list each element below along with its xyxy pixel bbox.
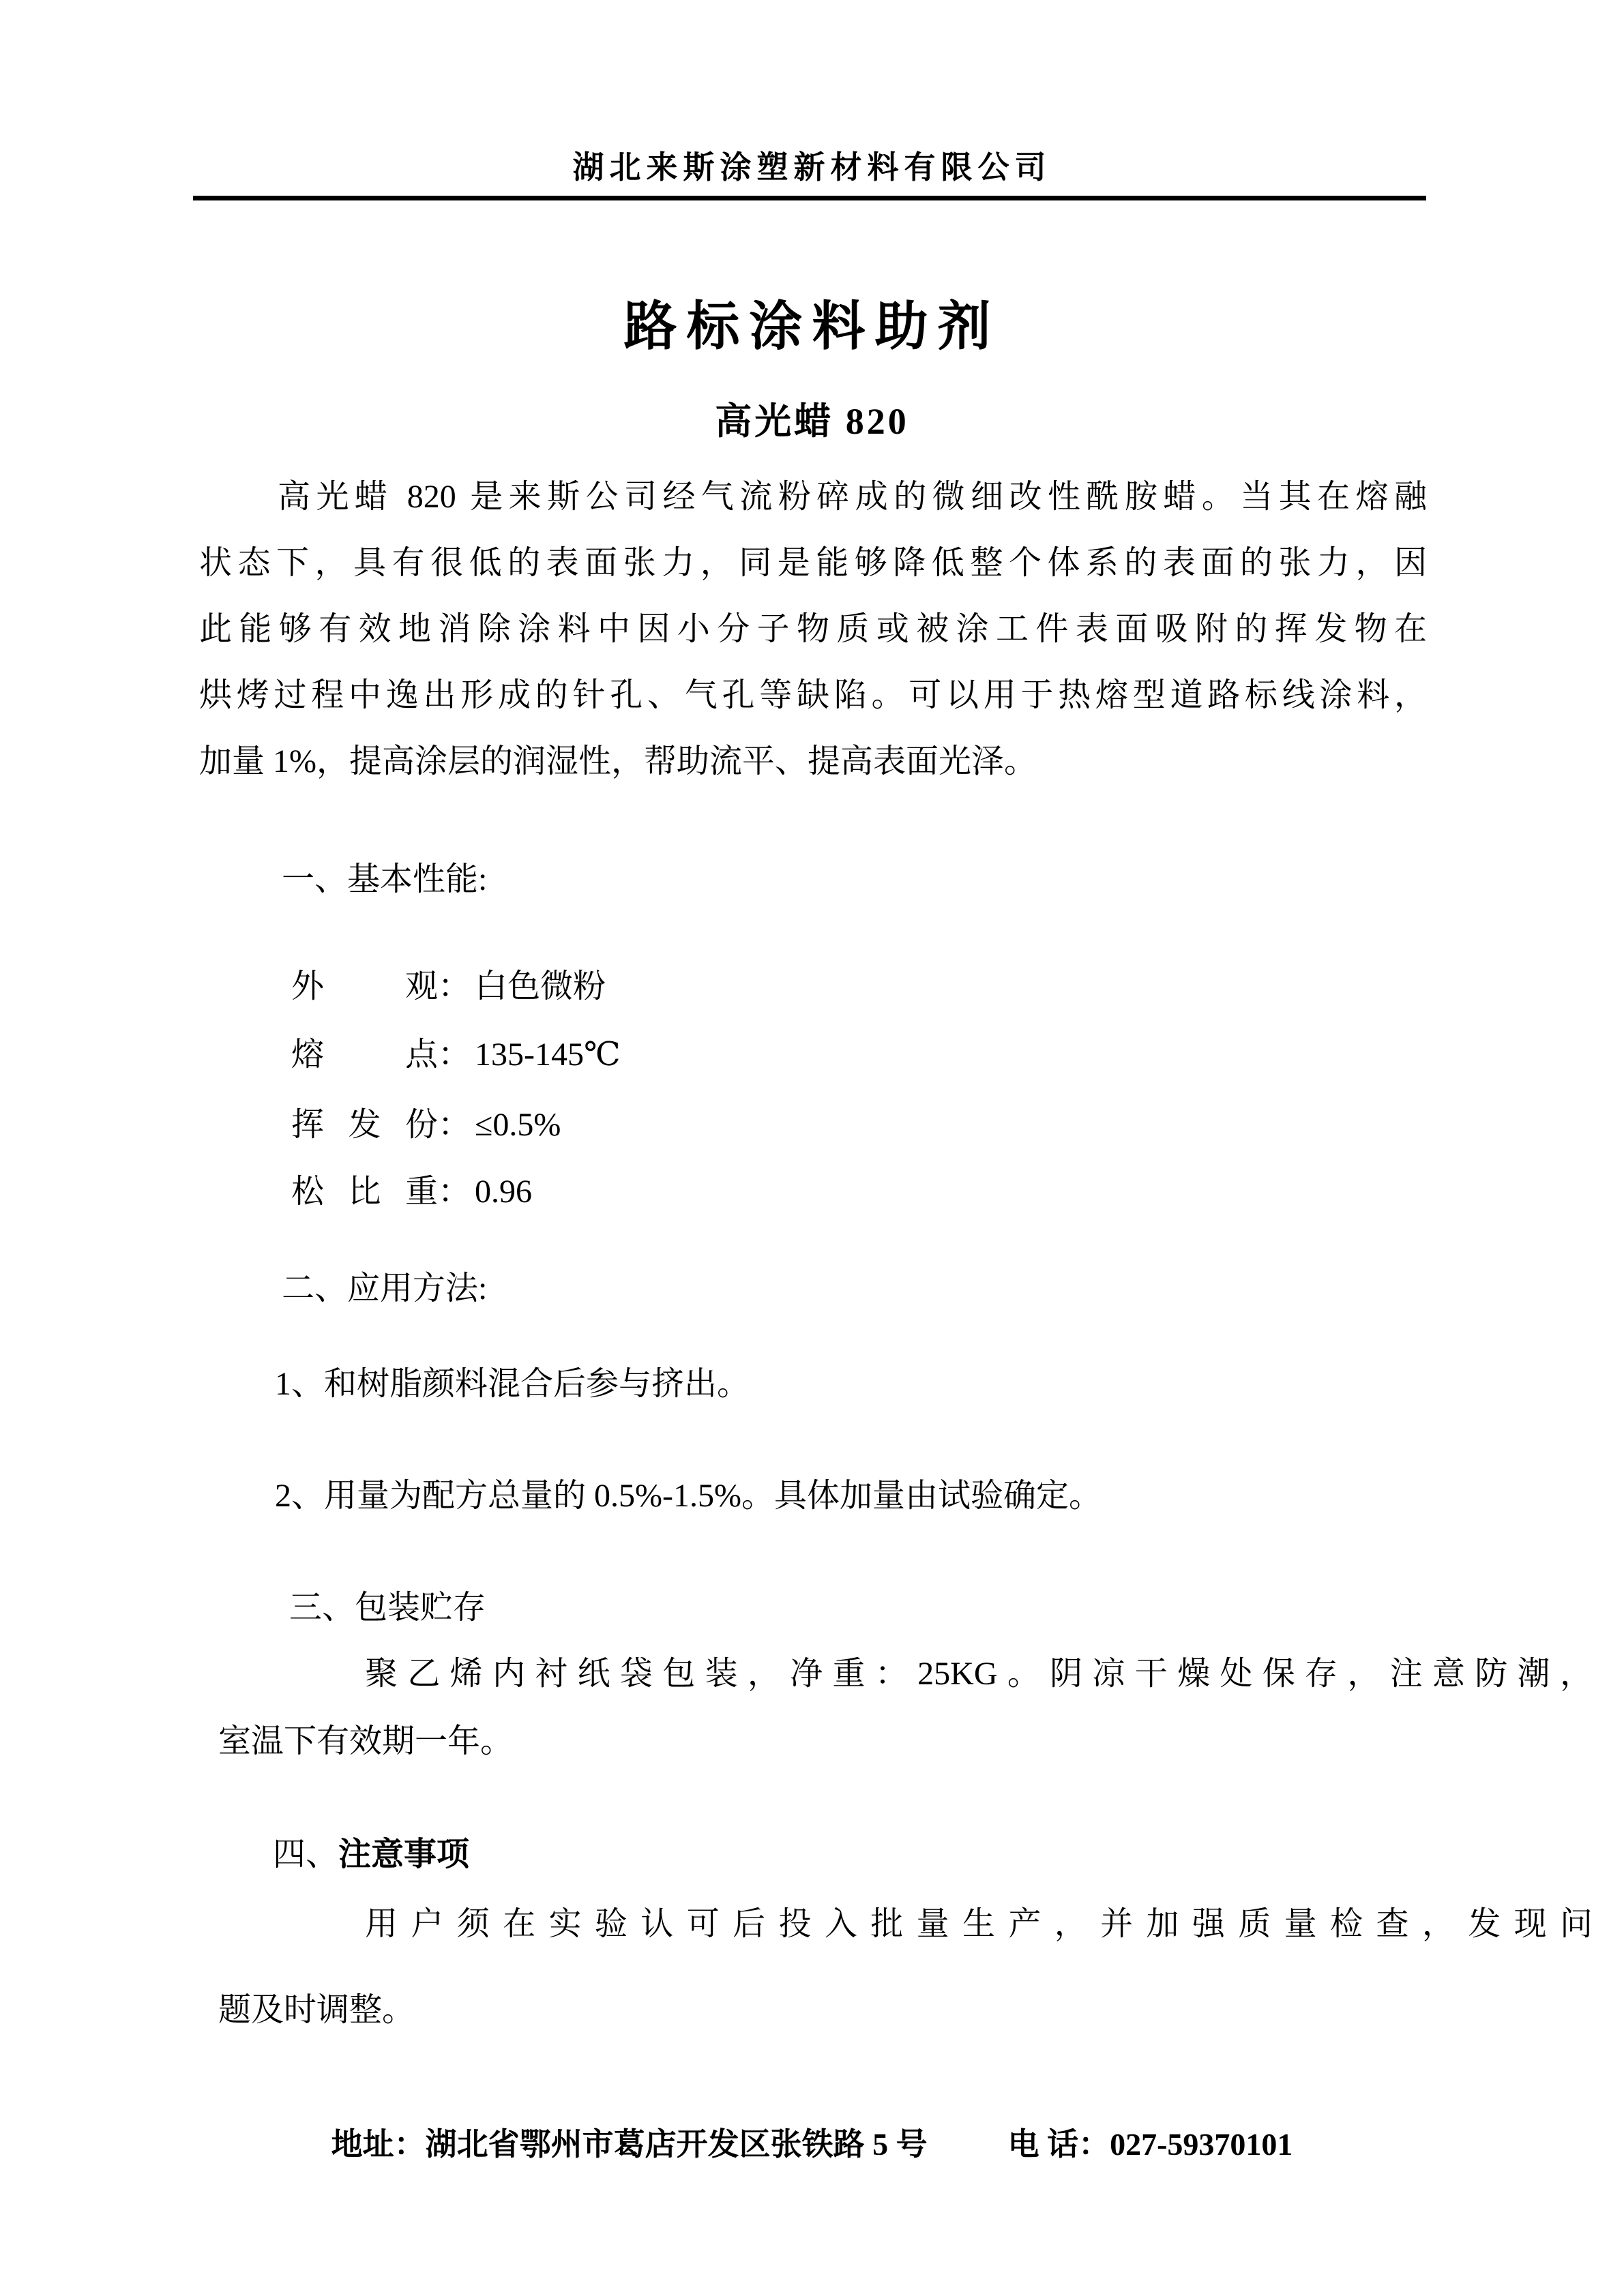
page-footer: 地址：湖北省鄂州市葛店开发区张铁路 5 号电 话：027-59370101 [0,2126,1624,2163]
property-separator: ： [438,1174,471,1210]
precautions-line-2: 题及时调整。 [218,1991,415,2029]
intro-paragraph: 高光蜡 820 是来斯公司经气流粉碎成的微细改性酰胺蜡。当其在熔融 状态下，具有… [199,464,1427,794]
property-separator: ： [438,1037,471,1073]
property-separator: ： [438,968,471,1004]
doc-subtitle: 高光蜡 820 [0,401,1624,442]
precautions-line-1: 用户须在实验认可后投入批量生产，并加强质量检查，发现问 [199,1905,1593,1943]
intro-line: 烘烤过程中逸出形成的针孔、气孔等缺陷。可以用于热熔型道路标线涂料， [199,662,1427,728]
precautions-heading-text: 注意事项 [338,1836,469,1873]
property-label: 松比重 [291,1173,438,1211]
property-label: 熔点 [291,1036,438,1074]
packaging-line-2: 室温下有效期一年。 [218,1723,513,1761]
header-rule [193,196,1426,200]
intro-line: 高光蜡 820 是来斯公司经气流粉碎成的微细改性酰胺蜡。当其在熔融 [199,464,1427,530]
doc-title: 路标涂料助剂 [0,297,1624,356]
packaging-line-1: 聚乙烯内衬纸袋包装，净重：25KG。阴凉干燥处保存，注意防潮， [199,1655,1593,1693]
property-row: 松比重：0.96 [291,1173,532,1211]
property-value: 135-145℃ [475,1037,621,1073]
property-row: 外观：白色微粉 [291,968,606,1006]
property-label: 挥发份 [291,1106,438,1144]
intro-line: 状态下，具有很低的表面张力，同是能够降低整个体系的表面的张力，因 [199,530,1427,596]
section-heading-precautions: 四、注意事项 [273,1836,469,1874]
section-heading-basic-properties: 一、基本性能: [282,861,487,899]
property-value: ≤0.5% [475,1107,561,1143]
section-heading-packaging: 三、包装贮存 [289,1589,486,1627]
property-separator: ： [438,1107,471,1143]
application-item-2: 2、用量为配方总量的 0.5%-1.5%。具体加量由试验确定。 [275,1477,1102,1515]
property-value: 0.96 [475,1174,532,1210]
intro-line: 加量 1%，提高涂层的润湿性，帮助流平、提高表面光泽。 [199,728,1427,794]
precautions-heading-prefix: 四、 [273,1836,338,1873]
application-item-1: 1、和树脂颜料混合后参与挤出。 [275,1365,750,1403]
footer-phone: 电 话：027-59370101 [1008,2127,1293,2162]
footer-address: 地址：湖北省鄂州市葛店开发区张铁路 5 号 [331,2127,928,2162]
property-value: 白色微粉 [475,968,606,1004]
company-name: 湖北来斯涂塑新材料有限公司 [0,150,1624,185]
intro-line: 此能够有效地消除涂料中因小分子物质或被涂工件表面吸附的挥发物在 [199,596,1427,662]
property-label: 外观 [291,968,438,1006]
section-heading-application: 二、应用方法: [282,1270,487,1308]
property-row: 挥发份：≤0.5% [291,1106,561,1144]
document-page: 湖北来斯涂塑新材料有限公司 路标涂料助剂 高光蜡 820 高光蜡 820 是来斯… [0,0,1624,2296]
property-row: 熔点：135-145℃ [291,1036,621,1074]
